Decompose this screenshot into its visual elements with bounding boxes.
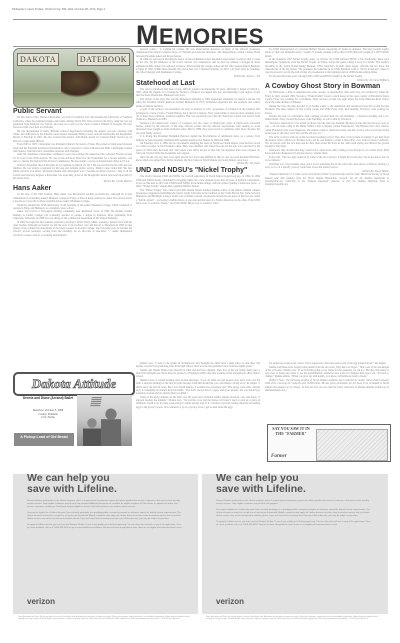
section-title: MEMORIES xyxy=(0,24,400,48)
article-paragraph: A split of the territory was inevitable.… xyxy=(136,108,260,121)
farmer-logo: Farmer xyxy=(271,454,287,459)
article-paragraph: are ripped up wrong in the carton. You'r… xyxy=(265,362,389,365)
article-paragraph: "Woodrow asked me if I was afraid of gho… xyxy=(265,122,389,135)
article-headline: Hans Aaker xyxy=(13,184,132,193)
masthead-rule xyxy=(13,46,387,47)
ad-headline: We can help you save with Lifeline. xyxy=(216,473,306,495)
ad-paragraph: Verizon Wireless participates in the Lif… xyxy=(216,500,374,506)
article-paragraph: He was instrumental in many different po… xyxy=(13,130,132,143)
ad-paragraph: You may be eligible for a Lifeline disco… xyxy=(27,512,184,521)
ad-headline-line: save with Lifeline. xyxy=(216,484,306,495)
header-rule xyxy=(13,19,387,20)
article-paragraph: Dennis's story is started farming early … xyxy=(136,379,260,395)
ad-paragraph: Verizon Wireless participates in the Lif… xyxy=(27,500,184,509)
ad-headline-line: save with Lifeline. xyxy=(27,484,117,495)
article-paragraph: Dennis and Dianne Ballet were married in… xyxy=(136,369,260,379)
article-paragraph: From 1993 to 1997, Christopher was Presi… xyxy=(13,143,132,153)
article-paragraph: Aaker was born in a Norwegian farming co… xyxy=(13,210,132,220)
banner-text-left: DAKOTA xyxy=(17,53,59,66)
article-paragraph: It is fitting that President Benjamin Ha… xyxy=(136,135,260,142)
article-paragraph: Warren Christopher died at his home in L… xyxy=(13,164,132,180)
article-paragraph: Ranching was a big business, then, and i… xyxy=(265,163,389,170)
article-headline: UND and NDSU's "Nickel Trophy" xyxy=(136,166,260,175)
bison-image xyxy=(61,71,101,97)
article-paragraph: On this date in 1925, Warren Christopher… xyxy=(13,116,132,129)
ad-legal-text: Does, Activation and Fees: Do not pay mo… xyxy=(18,616,193,621)
article-paragraph: Despite the lack of a settlement, their … xyxy=(265,115,389,122)
article-paragraph: The road to statehood had been a long, d… xyxy=(136,88,260,98)
ad-paragraph: You may be eligible for a Lifeline disco… xyxy=(216,509,374,518)
article-paragraph: During the visit, the men decided to go … xyxy=(265,105,389,115)
couple-photo xyxy=(77,395,132,446)
article-paragraph: The rivalry between UND and NDSU for foo… xyxy=(136,175,260,188)
ad-paragraph: To apply for Lifeline service, you must … xyxy=(27,524,184,530)
person-image xyxy=(101,407,121,446)
article-paragraph: The "Nickel Trophy" idea came from UND s… xyxy=(136,189,260,205)
article-paragraph: Statehood and Democratic control of Cong… xyxy=(136,122,260,135)
person-image xyxy=(83,417,101,446)
ad-body: Verizon Wireless participates in the Lif… xyxy=(27,500,184,533)
article-paragraph: devoted solely..." to commercial courses… xyxy=(136,48,260,58)
article-paragraph: Some of the many animals on the farm ove… xyxy=(136,396,260,409)
article-paragraph: Yesterday marked the 125th anniversary o… xyxy=(13,204,132,211)
story-title-banner: A Pickup Load of Old Bread xyxy=(14,433,74,446)
interview-city: City: Neche xyxy=(20,416,76,420)
article-headline: Statehood at Last xyxy=(136,79,260,88)
column-3: So, UND manufactured an oversized Buffal… xyxy=(265,48,389,358)
article-paragraph: Afterward, they decided that they would … xyxy=(265,149,389,156)
verizon-logo: verizon xyxy=(27,597,55,606)
article-paragraph: In 1895, he began his first business ven… xyxy=(13,221,132,237)
running-head: McKenzie County Farmer, Watford City, ND… xyxy=(12,7,105,11)
editor-note: (Editor's Note: The following profiles o… xyxy=(265,379,389,392)
article-paragraph: Once the ink was dry, they were again pl… xyxy=(136,156,260,163)
ad-legal-text: Does, Activation and Fees: Do not pay mo… xyxy=(206,616,384,621)
say-you-saw-it-ad: SAY YOU SAW IT IN THE "FARMER" Farmer xyxy=(267,424,391,462)
column-2: devoted solely..." to commercial courses… xyxy=(136,48,260,346)
article-paragraph: Dennis and Diane have forged some benefi… xyxy=(265,366,389,379)
article-paragraph: At the turn of the 19th Century, Hans Aa… xyxy=(13,193,132,203)
article-paragraph: After his retirement, Christopher contin… xyxy=(13,153,132,163)
ad-text: SAY YOU SAW IT IN THE "FARMER" xyxy=(271,427,311,436)
verizon-lifeline-ad-left: We can help you save with Lifeline. Veri… xyxy=(13,474,198,614)
column-1: Public Servant On this date in 1925, War… xyxy=(13,107,132,365)
article-paragraph: It's Halloween, a time to remember the e… xyxy=(265,91,389,104)
ad-body: Verizon Wireless participates in the Lif… xyxy=(216,500,374,530)
banner-text-right: DATEBOOK xyxy=(77,53,130,66)
article-paragraph: So, UND manufactured an oversized Buffal… xyxy=(265,48,389,58)
article-paragraph: Foley said, "The two fully believed by s… xyxy=(265,156,389,163)
article-paragraph: In 1909, he was forced Moorhead's mayor … xyxy=(136,58,260,74)
article-paragraph: On Saturday, Nov. 2, 1889, the two docum… xyxy=(136,142,260,155)
ad-headline: We can help you save with Lifeline. xyxy=(27,473,117,495)
article-headline: Public Servant xyxy=(13,107,132,116)
printing-press-illustration xyxy=(316,429,388,461)
article-paragraph: Dennis says, "I went to the grades in Sp… xyxy=(136,362,260,369)
article-paragraph: The advent of the Civil War and the Home… xyxy=(136,98,260,108)
ballet-story-continued: are ripped up wrong in the carton. You'r… xyxy=(265,362,389,422)
ad-paragraph: To apply for Lifeline service, you must … xyxy=(216,521,374,527)
subject-names: Dennis and Diane (Arcand) Ballet xyxy=(20,396,76,400)
article-paragraph: The early cowboys with one of the two me… xyxy=(265,136,389,149)
interview-info: Interview: October 5, 2008 County: Pembi… xyxy=(20,409,76,420)
datebook-note: "Dakota Datebook" is a radio series from… xyxy=(265,173,389,186)
dakota-attitude-logo: Dakota Attitude xyxy=(13,372,135,396)
verizon-lifeline-ad-right: We can help you save with Lifeline. Veri… xyxy=(202,474,388,614)
flag-image xyxy=(90,397,102,407)
verizon-logo: verizon xyxy=(216,597,244,606)
article-paragraph: In the inaugural 1937 Nickel Trophy game… xyxy=(265,58,389,74)
article-headline: A Cowboy Ghost Story in Bowman xyxy=(265,82,389,91)
dakota-datebook-banner: DAKOTA DATEBOOK xyxy=(13,48,134,108)
ballet-story-column: Dennis says, "I went to the grades in Sp… xyxy=(136,362,260,466)
